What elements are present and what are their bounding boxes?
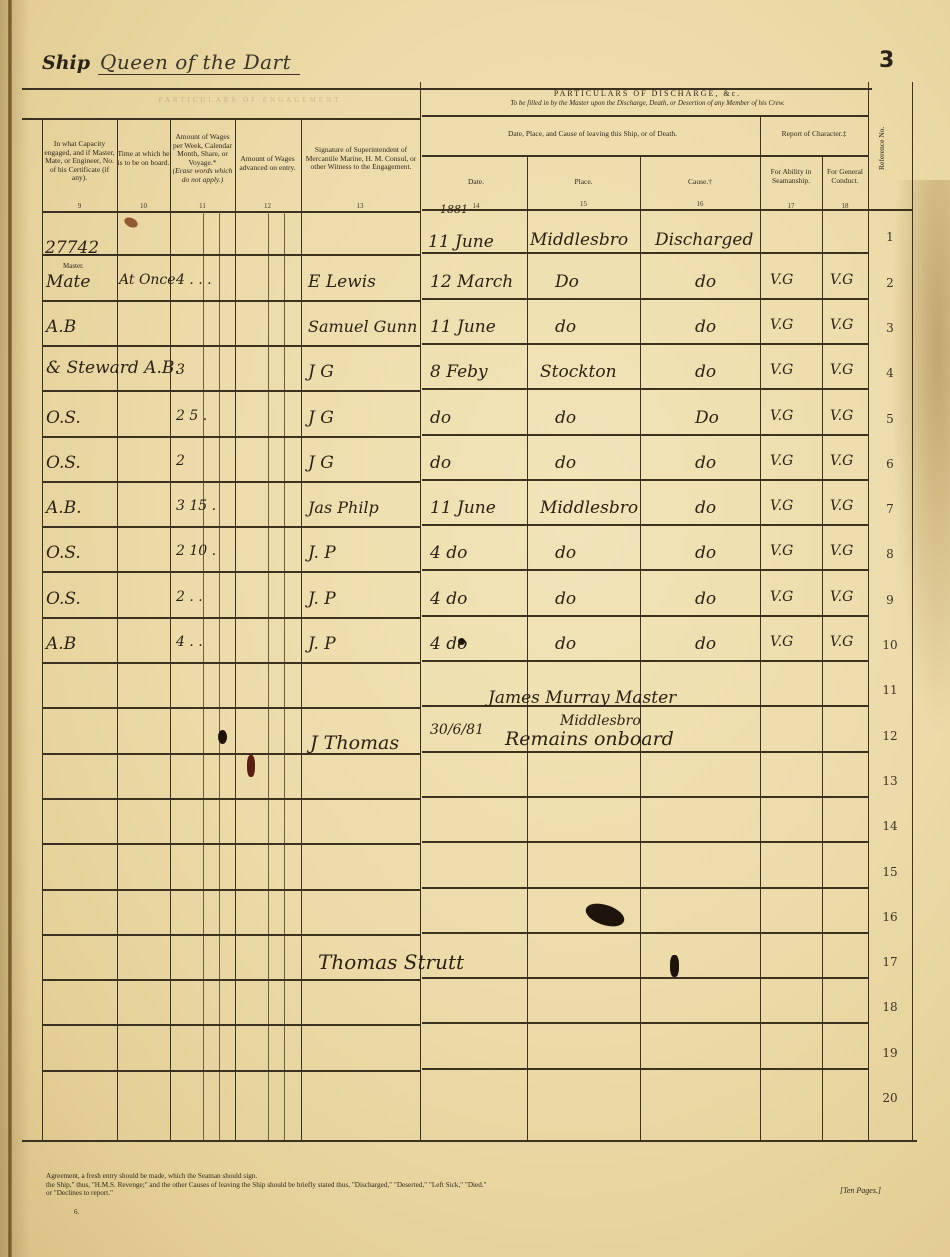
row-rule-left — [42, 798, 420, 800]
row-capacity: & Steward A.B. — [46, 358, 180, 378]
row-rule-right — [422, 388, 868, 390]
reference-number: 20 — [880, 1091, 900, 1105]
row-witness: Samuel Gunn — [308, 317, 417, 336]
row-wages: 2 — [176, 453, 185, 469]
row-rule-right — [422, 751, 868, 753]
ink-blot — [218, 730, 227, 744]
row-conduct: V.G — [830, 272, 853, 288]
vline-center — [420, 82, 421, 1140]
ink-blot — [670, 955, 679, 977]
row-capacity: Mate — [46, 272, 90, 292]
row-ability: V.G — [770, 589, 793, 605]
row12-witness: J Thomas — [310, 732, 399, 754]
row1-place: Middlesbro — [530, 230, 628, 250]
ink-blot — [247, 755, 255, 777]
table-bottom-rule — [22, 1140, 917, 1142]
row-date: 11 June — [430, 317, 496, 337]
row-rule-right — [422, 932, 868, 934]
row-cause: do — [695, 272, 716, 292]
row-witness: Jas Philp — [308, 498, 379, 517]
row-ability: V.G — [770, 634, 793, 650]
reference-number: 15 — [880, 865, 900, 879]
row-place: Middlesbro — [540, 498, 638, 518]
row11-master-line: James Murray Master — [488, 688, 676, 708]
reference-number: 17 — [880, 955, 900, 969]
col-num-13: 13 — [300, 202, 420, 210]
row-rule-right — [422, 1068, 868, 1070]
col-num-10: 10 — [117, 202, 170, 210]
row-conduct: V.G — [830, 362, 853, 378]
row-place: Stockton — [540, 362, 617, 382]
row-ability: V.G — [770, 408, 793, 424]
reference-number: 3 — [880, 321, 900, 335]
group-rule-1 — [422, 155, 760, 157]
row-rule-left — [42, 843, 420, 845]
col12-header: Amount of Wages advanced on entry. — [235, 155, 300, 172]
col-num-16: 16 — [640, 200, 760, 208]
reference-number: 10 — [880, 638, 900, 652]
row-rule-left — [42, 662, 420, 664]
row-place: do — [555, 589, 576, 609]
page-number: 3 — [879, 48, 894, 73]
reference-number: 7 — [880, 502, 900, 516]
row-place: do — [555, 317, 576, 337]
row-rule-left — [42, 1024, 420, 1026]
ship-name: Queen of the Dart — [98, 50, 300, 75]
row-ability: V.G — [770, 317, 793, 333]
row12-place-note: Middlesbro — [560, 713, 641, 729]
col10-header: Time at which he is to be on board. — [117, 150, 170, 167]
row-rule-left — [42, 526, 420, 528]
row17-signature: Thomas Strutt — [318, 950, 464, 974]
year-note: 1881 — [440, 203, 468, 216]
row-ability: V.G — [770, 498, 793, 514]
reference-number: 16 — [880, 910, 900, 924]
footer-line-2: the Ship," thus, "H.M.S. Revenge;" and t… — [46, 1181, 487, 1190]
group-rule-2 — [760, 155, 868, 157]
row-cause: do — [695, 634, 716, 654]
footer-line-1: Agreement, a fresh entry should be made,… — [46, 1172, 487, 1181]
reference-number: 1 — [880, 230, 900, 244]
header-bottom-rule-left — [42, 211, 420, 213]
row-cause: do — [695, 362, 716, 382]
row12-date: 30/6/81 — [430, 722, 484, 738]
vline-col12 — [235, 120, 236, 1140]
row-rule-left — [42, 1070, 420, 1072]
row-rule-left — [42, 481, 420, 483]
header-bottom-rule-right — [422, 209, 912, 211]
col-num-15: 15 — [527, 200, 640, 208]
row-rule-left — [42, 889, 420, 891]
row-cause: do — [695, 589, 716, 609]
vline-col11-sub1 — [203, 212, 204, 1140]
row12-remark: Remains onboard — [505, 728, 674, 750]
row-place: do — [555, 634, 576, 654]
row-witness: J G — [308, 408, 334, 428]
row-rule-right — [422, 298, 868, 300]
vline-ref-left — [868, 82, 869, 1140]
vline-ref-right — [912, 82, 913, 1140]
row-rule-right — [422, 479, 868, 481]
vline-col15 — [527, 155, 528, 1140]
row-rule-left — [42, 979, 420, 981]
col-num-12: 12 — [235, 202, 300, 210]
left-header-rule — [22, 118, 420, 120]
row-capacity: A.B — [46, 634, 76, 654]
row-rule-left — [42, 436, 420, 438]
row-capacity: A.B — [46, 317, 76, 337]
reference-number: 8 — [880, 547, 900, 561]
row-conduct: V.G — [830, 589, 853, 605]
row-capacity: O.S. — [46, 543, 81, 563]
row-rule-left — [42, 934, 420, 936]
vline-col16 — [640, 155, 641, 1140]
row-rule-left — [42, 707, 420, 709]
row-wages: 4 . . — [176, 634, 203, 650]
row-cause: Do — [695, 408, 719, 428]
reference-no-header: Reference No. — [877, 127, 886, 170]
row-cause: do — [695, 498, 716, 518]
row-rule-right — [422, 841, 868, 843]
row1-date: 11 June — [428, 232, 494, 252]
row-capacity: A.B. — [46, 498, 82, 518]
faded-heading: PARTICULARS OF ENGAGEMENT — [150, 96, 350, 104]
reference-number: 12 — [880, 729, 900, 743]
row-conduct: V.G — [830, 498, 853, 514]
row-conduct: V.G — [830, 634, 853, 650]
reference-number: 4 — [880, 366, 900, 380]
row-rule-left — [42, 571, 420, 573]
vline-col12-sub1 — [268, 212, 269, 1140]
row-rule-right — [422, 796, 868, 798]
col-num-11: 11 — [170, 202, 235, 210]
ship-label: Ship — [42, 52, 90, 74]
reference-number: 9 — [880, 593, 900, 607]
row-rule-left — [42, 390, 420, 392]
col16-header: Cause.† — [640, 178, 760, 187]
row-date: 4 do — [430, 589, 467, 609]
row-place: do — [555, 543, 576, 563]
reference-number: 6 — [880, 457, 900, 471]
row-rule-right — [422, 524, 868, 526]
row-rule-right — [422, 343, 868, 345]
row-date: do — [430, 453, 451, 473]
reference-number: 18 — [880, 1000, 900, 1014]
row-rule-right — [422, 977, 868, 979]
vline-col11-sub2 — [219, 212, 220, 1140]
col11-note: (Erase words which do not apply.) — [173, 166, 233, 184]
row-wages: 2 . . — [176, 589, 203, 605]
row-ability: V.G — [770, 453, 793, 469]
row-witness: J. P — [308, 543, 336, 563]
row-place: do — [555, 453, 576, 473]
group-character: Report of Character.‡ — [760, 130, 868, 139]
ink-blot — [123, 215, 139, 229]
col14-header: Date. — [425, 178, 527, 187]
vline-col13 — [301, 120, 302, 1140]
row-ability: V.G — [770, 543, 793, 559]
ink-dot — [458, 638, 465, 645]
row-rule-right — [422, 615, 868, 617]
row-witness: J. P — [308, 634, 336, 654]
discharge-subtitle: To be filled in by the Master upon the D… — [425, 99, 870, 107]
pages-note: [Ten Pages.] — [840, 1186, 881, 1195]
row-date: 4 do — [430, 543, 467, 563]
vline-col17 — [760, 115, 761, 1140]
row-cause: do — [695, 317, 716, 337]
row-date: 12 March — [430, 272, 513, 292]
col11-label: Amount of Wages per Week, Calendar Month… — [173, 132, 232, 167]
row-cause: do — [695, 453, 716, 473]
discharge-title: PARTICULARS OF DISCHARGE, &c. — [425, 89, 870, 98]
row-rule-right — [422, 887, 868, 889]
row-wages: 4 . . . — [176, 272, 212, 288]
row-rule-right — [422, 569, 868, 571]
row-date: 11 June — [430, 498, 496, 518]
ink-blot — [583, 899, 627, 930]
row-rule-left — [42, 300, 420, 302]
col17-header: For Ability in Seamanship. — [760, 168, 822, 185]
row-cause: do — [695, 543, 716, 563]
reference-number: 5 — [880, 412, 900, 426]
row-wages: 3 — [176, 362, 185, 378]
row-capacity: O.S. — [46, 589, 81, 609]
row-rule-right — [422, 660, 868, 662]
row-wages: 2 5 . — [176, 408, 207, 424]
vline-col12-sub2 — [284, 212, 285, 1140]
spine-shadow — [0, 0, 30, 1257]
row1-capacity: 27742 — [45, 238, 99, 258]
row-date: do — [430, 408, 451, 428]
row-witness: J G — [308, 453, 334, 473]
col15-header: Place. — [527, 178, 640, 187]
discharge-sub-rule — [422, 115, 868, 117]
vline-col9-left — [42, 120, 43, 1140]
row-time: At Once — [119, 272, 176, 288]
row-witness: J. P — [308, 589, 336, 609]
row-wages: 3 15 . — [176, 498, 216, 514]
row-witness: J G — [308, 362, 334, 382]
col9-header: In what Capacity engaged, and if Master,… — [42, 140, 117, 183]
row-date: 8 Feby — [430, 362, 488, 382]
footer-notes: Agreement, a fresh entry should be made,… — [46, 1172, 487, 1198]
row-conduct: V.G — [830, 543, 853, 559]
row-ability: V.G — [770, 272, 793, 288]
row-place: do — [555, 408, 576, 428]
row1-cause: Discharged — [655, 230, 753, 250]
row-rule-left — [42, 617, 420, 619]
row-ability: V.G — [770, 362, 793, 378]
footer-page-code: 6. — [74, 1208, 79, 1216]
col18-header: For General Conduct. — [822, 168, 868, 185]
row-rule-right — [422, 252, 868, 254]
row-rule-left — [42, 345, 420, 347]
group-date-place-cause: Date, Place, and Cause of leaving this S… — [425, 130, 760, 139]
row-conduct: V.G — [830, 317, 853, 333]
col13-header: Signature of Superintendent of Mercantil… — [305, 146, 417, 172]
row-capacity: O.S. — [46, 453, 81, 473]
row-conduct: V.G — [830, 453, 853, 469]
vline-col18 — [822, 155, 823, 1140]
row-conduct: V.G — [830, 408, 853, 424]
binding-spine — [8, 0, 12, 1257]
row-witness: E Lewis — [308, 272, 376, 292]
reference-number: 13 — [880, 774, 900, 788]
reference-number: 19 — [880, 1046, 900, 1060]
reference-number: 11 — [880, 683, 900, 697]
col-num-9: 9 — [42, 202, 117, 210]
row-capacity: O.S. — [46, 408, 81, 428]
reference-number: 2 — [880, 276, 900, 290]
row-wages: 2 10 . — [176, 543, 216, 559]
col11-header: Amount of Wages per Week, Calendar Month… — [170, 133, 235, 185]
footer-line-3: or "Declines to report." — [46, 1189, 487, 1198]
row-place: Do — [555, 272, 579, 292]
row-rule-right — [422, 1022, 868, 1024]
row-rule-right — [422, 434, 868, 436]
master-label: Master. — [63, 262, 84, 270]
reference-number: 14 — [880, 819, 900, 833]
